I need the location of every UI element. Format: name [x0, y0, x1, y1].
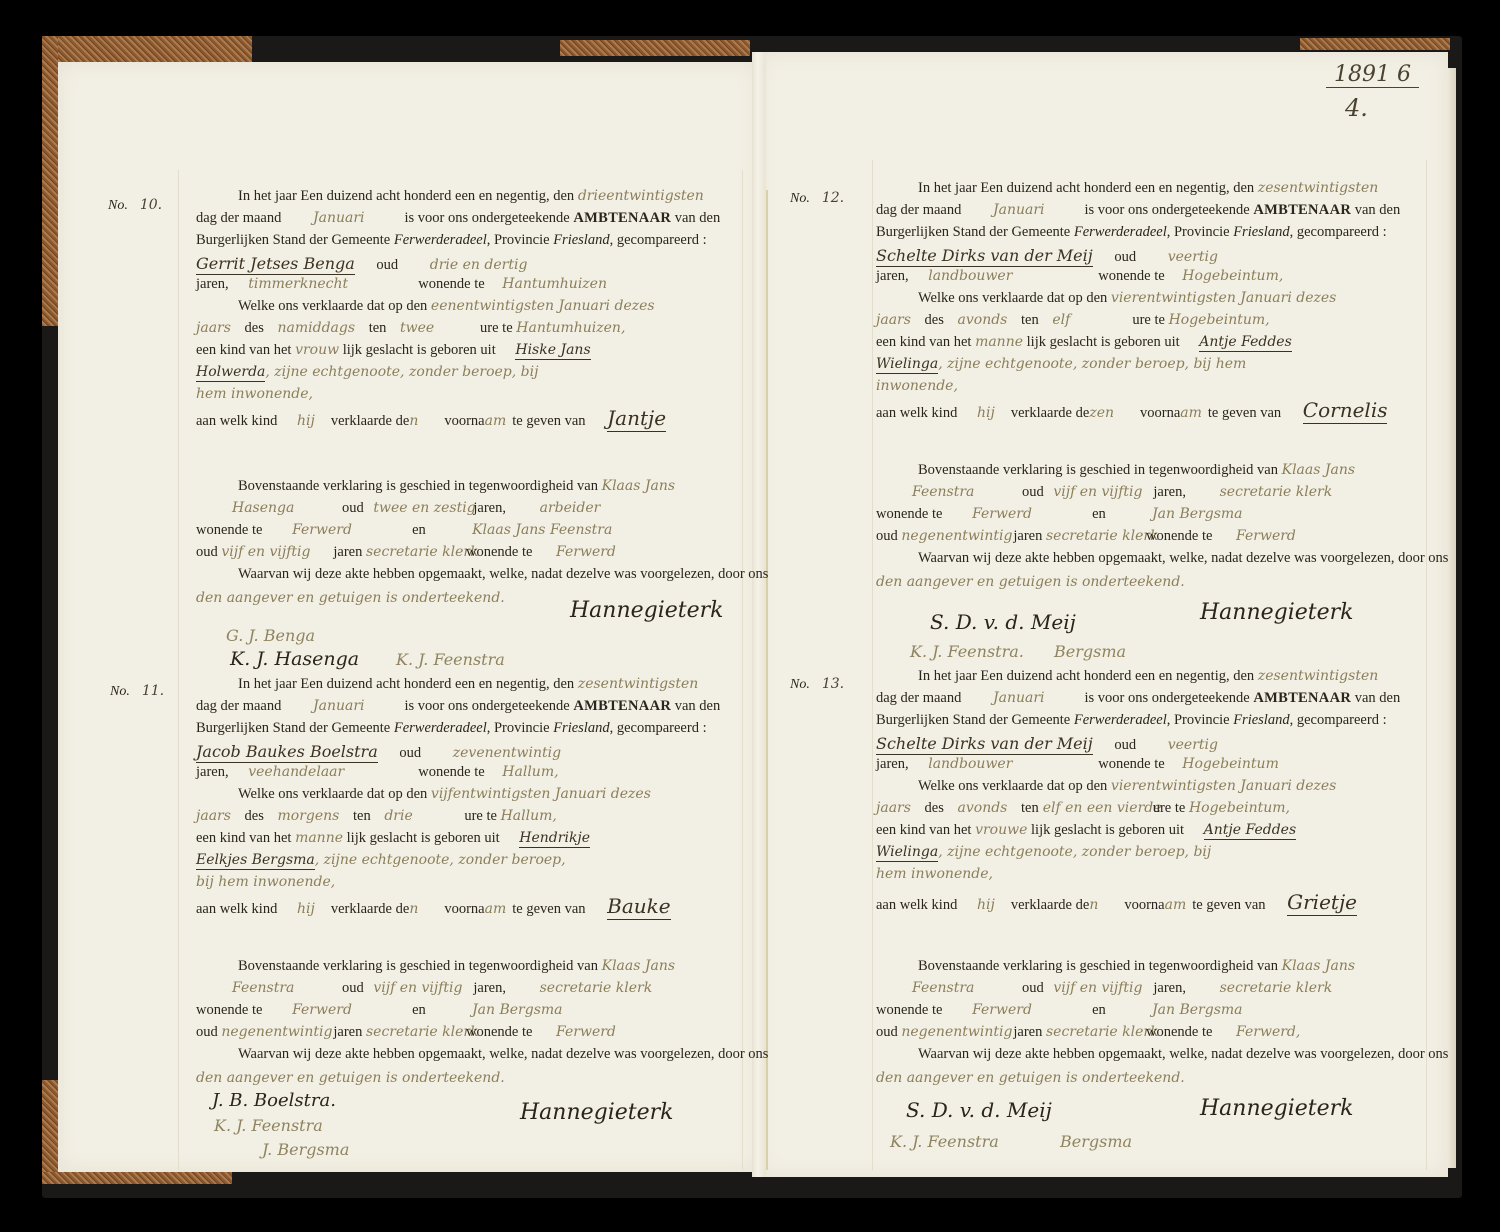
- printed-text: Ferwerderadeel: [394, 232, 487, 248]
- printed-text: van den: [675, 210, 721, 226]
- printed-text: wonende te: [196, 1002, 262, 1018]
- hw-suffix: am: [1165, 897, 1187, 913]
- hw-month: Januari: [993, 202, 1045, 218]
- printed-text: voorna: [444, 413, 484, 429]
- hw-mother-details: , zijne echtgenoote, zonder beroep,: [315, 852, 566, 868]
- printed-text: is voor ons ondergeteekende: [405, 698, 570, 714]
- hw-mother: Antje Feddes: [1204, 822, 1296, 840]
- printed-text: Bovenstaande verklaring is geschied in t…: [238, 958, 598, 974]
- printed-text: van den: [1355, 202, 1401, 218]
- hw-birth-day: vierentwintigsten Januari dezes: [1111, 778, 1336, 794]
- printed-text: verklaarde de: [1011, 897, 1090, 913]
- printed-text: jaren: [333, 1024, 362, 1040]
- printed-text: jaren,: [196, 764, 229, 780]
- printed-text: des: [245, 808, 264, 824]
- printed-text: van den: [675, 698, 721, 714]
- hw-witness2-occupation: secretarie klerk: [1046, 1024, 1146, 1040]
- hw-witness2-residence: Ferwerd,: [1236, 1024, 1300, 1040]
- printed-text: is voor ons ondergeteekende: [1085, 202, 1250, 218]
- printed-text: , gecompareerd :: [1290, 224, 1387, 240]
- hw-daypart: avonds: [958, 800, 1008, 816]
- printed-text: , Provincie: [1167, 224, 1230, 240]
- hw-pronoun: hij: [297, 413, 315, 429]
- hw-mother-details-cont: hem inwonende,: [196, 386, 313, 402]
- witness-section-13: Bovenstaande verklaring is geschied in t…: [876, 958, 1416, 1158]
- birth-record-12: In het jaar Een duizend acht honderd een…: [876, 180, 1416, 450]
- hw-declarant: Gerrit Jetses Benga: [196, 254, 355, 275]
- printed-text: AMBTENAAR: [573, 698, 671, 714]
- hw-mother-surname: Wielinga: [876, 844, 938, 862]
- printed-text: jaren,: [473, 500, 506, 516]
- entry-number: No.13.: [790, 676, 844, 693]
- printed-text: ure te: [464, 808, 497, 824]
- hw-witness1-residence: Ferwerd: [292, 1002, 412, 1018]
- printed-text: ure te: [1153, 800, 1186, 816]
- printed-text: oud: [876, 528, 898, 544]
- hw-witness1: Klaas Jans: [1282, 958, 1355, 974]
- hw-witness2-residence: Ferwerd: [1236, 528, 1296, 544]
- hw-mother-details: , zijne echtgenoote, zonder beroep, bij: [938, 844, 1211, 860]
- hw-declarant: Schelte Dirks van der Meij: [876, 246, 1093, 267]
- printed-text: is voor ons ondergeteekende: [405, 210, 570, 226]
- printed-text: oud: [1114, 249, 1136, 265]
- hw-witness1: Klaas Jans: [602, 478, 675, 494]
- hw-birth-place: Hogebeintum,: [1169, 312, 1270, 328]
- hw-daypart: morgens: [278, 808, 340, 824]
- hw-age: veertig: [1168, 249, 1218, 265]
- printed-text: lijk geslacht is geboren uit: [343, 342, 496, 358]
- hw-residence: Hallum,: [502, 764, 558, 780]
- printed-text: jaren: [1013, 528, 1042, 544]
- signature: K. J. Feenstra: [214, 1116, 323, 1135]
- hw-sex: manne: [975, 334, 1023, 350]
- printed-text: Friesland: [1233, 224, 1289, 240]
- cloth-corner-top-left: [42, 36, 252, 62]
- hw-occupation: landbouwer: [928, 268, 1098, 284]
- printed-intro: In het jaar Een duizend acht honderd een…: [918, 180, 1254, 196]
- printed-text: jaren,: [1153, 980, 1186, 996]
- hw-pronoun: hij: [977, 897, 995, 913]
- printed-text: oud: [342, 980, 364, 996]
- signature: Bergsma: [1054, 642, 1126, 661]
- hw-suffix: am: [485, 901, 507, 917]
- printed-text: oud: [1022, 980, 1044, 996]
- hw-birth-day: eenentwintigsten Januari dezes: [431, 298, 655, 314]
- hw-suffix: am: [485, 413, 507, 429]
- printed-text: wonende te: [418, 276, 484, 292]
- printed-text: wonende te: [876, 506, 942, 522]
- printed-text: voorna: [444, 901, 484, 917]
- hw-day: zesentwintigsten: [1258, 180, 1378, 196]
- hw-mother-details: , zijne echtgenoote, zonder beroep, bij …: [938, 356, 1246, 372]
- printed-text: aan welk kind: [196, 901, 277, 917]
- printed-text: AMBTENAAR: [573, 210, 671, 226]
- printed-text: een kind van het: [196, 830, 291, 846]
- printed-text: aan welk kind: [196, 413, 277, 429]
- hw-daypart: avonds: [958, 312, 1008, 328]
- printed-text: Bovenstaande verklaring is geschied in t…: [918, 958, 1278, 974]
- cloth-edge-left: [42, 36, 58, 326]
- hw-witness2-age: vijf en vijftig: [221, 544, 333, 560]
- hw-age: veertig: [1168, 737, 1218, 753]
- printed-text: oud: [196, 1024, 218, 1040]
- printed-text: voorna: [1140, 405, 1180, 421]
- entry-number-value: 11.: [142, 683, 164, 699]
- hw-witness2-residence: Ferwerd: [556, 544, 616, 560]
- hw-child-name: Grietje: [1287, 890, 1357, 916]
- printed-text: verklaarde de: [331, 901, 410, 917]
- printed-text: des: [925, 800, 944, 816]
- hw-mother-details-cont: bij hem inwonende,: [196, 874, 335, 890]
- printed-text: te geven van: [512, 413, 585, 429]
- hw-residence: Hogebeintum: [1182, 756, 1279, 772]
- printed-text: lijk geslacht is geboren uit: [1027, 334, 1180, 350]
- cloth-corner-bottom-left: [42, 1080, 58, 1180]
- hw-mother-surname: Wielinga: [876, 356, 938, 374]
- hw-birth-day: vijfentwintigsten Januari dezes: [431, 786, 651, 802]
- printed-text: Waarvan wij deze akte hebben opgemaakt, …: [238, 1046, 768, 1062]
- signature: K. J. Feenstra.: [910, 642, 1024, 661]
- printed-text: ten: [1021, 312, 1039, 328]
- hw-birth-day-cont: jaars: [196, 808, 231, 824]
- printed-text: jaren,: [473, 980, 506, 996]
- printed-text: Ferwerderadeel: [394, 720, 487, 736]
- no-label: No.: [110, 684, 130, 699]
- hw-residence: Hogebeintum,: [1182, 268, 1283, 284]
- hw-declarant: Jacob Baukes Boelstra: [196, 742, 378, 763]
- hw-occupation: timmerknecht: [248, 276, 418, 292]
- hw-witness1-surname: Hasenga: [232, 500, 342, 516]
- no-label: No.: [790, 677, 810, 692]
- signature: K. J. Hasenga: [230, 648, 359, 670]
- hw-hour: elf: [1052, 312, 1132, 328]
- hw-daypart: namiddags: [278, 320, 356, 336]
- entry-number: No.11.: [110, 683, 164, 700]
- binding-thread: [766, 190, 768, 1170]
- hw-witness2: Klaas Jans Feenstra: [472, 522, 612, 538]
- hw-birth-day-cont: jaars: [876, 312, 911, 328]
- entry-number-value: 10.: [140, 197, 162, 213]
- hw-age: drie en dertig: [430, 257, 528, 273]
- printed-text: Friesland: [553, 720, 609, 736]
- hw-witness1-surname: Feenstra: [912, 980, 1022, 996]
- printed-text: dag der maand: [196, 698, 281, 714]
- hw-sex: vrouw: [295, 342, 339, 358]
- signature: K. J. Feenstra: [396, 650, 505, 669]
- hw-suffix: zen: [1089, 405, 1114, 421]
- birth-record-11: In het jaar Een duizend acht honderd een…: [196, 676, 736, 946]
- signature-registrar: Hannegieterk: [520, 1100, 674, 1125]
- hw-witness1: Klaas Jans: [602, 958, 675, 974]
- printed-intro: In het jaar Een duizend acht honderd een…: [238, 676, 574, 692]
- hw-witness2: Jan Bergsma: [1152, 506, 1242, 522]
- hw-witness1-occupation: secretarie klerk: [1220, 484, 1333, 500]
- hw-suffix: n: [409, 901, 418, 917]
- printed-text: Welke ons verklaarde dat op den: [238, 786, 427, 802]
- printed-text: Burgerlijken Stand der Gemeente: [876, 712, 1070, 728]
- printed-text: ten: [369, 320, 387, 336]
- hw-sex: manne: [295, 830, 343, 846]
- printed-text: oud: [1114, 737, 1136, 753]
- hw-suffix: n: [409, 413, 418, 429]
- printed-text: Waarvan wij deze akte hebben opgemaakt, …: [918, 550, 1448, 566]
- hw-hour: elf en een vierde: [1043, 800, 1153, 816]
- hw-suffix: n: [1089, 897, 1098, 913]
- printed-text: ure te: [1132, 312, 1165, 328]
- printed-text: des: [245, 320, 264, 336]
- printed-text: een kind van het: [876, 334, 971, 350]
- printed-text: en: [1092, 506, 1152, 523]
- printed-text: AMBTENAAR: [1253, 202, 1351, 218]
- printed-text: en: [412, 522, 472, 539]
- printed-text: en: [412, 1002, 472, 1019]
- hw-child-name: Bauke: [607, 894, 670, 920]
- hw-day: drieentwintigsten: [578, 188, 704, 204]
- hw-month: Januari: [993, 690, 1045, 706]
- signature-registrar: Hannegieterk: [1200, 600, 1354, 625]
- no-label: No.: [790, 191, 810, 206]
- hw-witness1-surname: Feenstra: [912, 484, 1022, 500]
- printed-text: voorna: [1124, 897, 1164, 913]
- hw-mother-surname: Eelkjes Bergsma: [196, 852, 315, 870]
- hw-witness1-residence: Ferwerd: [292, 522, 412, 538]
- hw-mother-details: , zijne echtgenoote, zonder beroep, bij: [265, 364, 538, 380]
- printed-text: een kind van het: [196, 342, 291, 358]
- printed-text: , Provincie: [1167, 712, 1230, 728]
- printed-text: Friesland: [1233, 712, 1289, 728]
- printed-text: lijk geslacht is geboren uit: [1031, 822, 1184, 838]
- printed-text: Welke ons verklaarde dat op den: [918, 290, 1107, 306]
- folio-mark: 1891 6: [1326, 62, 1419, 88]
- hw-pronoun: hij: [977, 405, 995, 421]
- hw-residence: Hantumhuizen: [502, 276, 607, 292]
- birth-record-13: In het jaar Een duizend acht honderd een…: [876, 668, 1416, 938]
- hw-closing: den aangever en getuigen is onderteekend…: [876, 574, 1185, 590]
- hw-birth-place: Hantumhuizen,: [516, 320, 625, 336]
- printed-text: , gecompareerd :: [610, 720, 707, 736]
- printed-text: , gecompareerd :: [1290, 712, 1387, 728]
- entry-number-value: 13.: [822, 676, 844, 692]
- printed-text: van den: [1355, 690, 1401, 706]
- printed-text: wonende te: [466, 1024, 532, 1040]
- hw-witness1-age: twee en zestig: [373, 500, 473, 516]
- hw-witness2-residence: Ferwerd: [556, 1024, 616, 1040]
- printed-text: Bovenstaande verklaring is geschied in t…: [918, 462, 1278, 478]
- cloth-edge-top-right: [1300, 38, 1450, 50]
- printed-text: wonende te: [1146, 528, 1212, 544]
- hw-hour: drie: [384, 808, 464, 824]
- printed-text: Ferwerderadeel: [1074, 712, 1167, 728]
- printed-text: wonende te: [876, 1002, 942, 1018]
- printed-text: wonende te: [1098, 756, 1164, 772]
- hw-witness2-age: negenentwintig: [901, 528, 1013, 544]
- printed-intro: In het jaar Een duizend acht honderd een…: [918, 668, 1254, 684]
- signature: J. B. Boelstra.: [212, 1090, 336, 1111]
- folio-page-number: 4.: [1345, 94, 1368, 122]
- printed-text: is voor ons ondergeteekende: [1085, 690, 1250, 706]
- printed-text: oud: [399, 745, 421, 761]
- hw-witness1-age: vijf en vijftig: [1053, 484, 1153, 500]
- printed-text: Bovenstaande verklaring is geschied in t…: [238, 478, 598, 494]
- hw-hour: twee: [400, 320, 480, 336]
- entry-number-value: 12.: [822, 190, 844, 206]
- printed-text: , Provincie: [487, 232, 550, 248]
- hw-closing: den aangever en getuigen is onderteekend…: [196, 1070, 505, 1086]
- hw-witness2-occupation: secretarie klerk: [1046, 528, 1146, 544]
- hw-witness2-occupation: secretarie klerk: [366, 544, 466, 560]
- hw-month: Januari: [313, 210, 365, 226]
- margin-rule-right-end: [1426, 160, 1427, 1170]
- printed-text: te geven van: [1208, 405, 1281, 421]
- printed-text: verklaarde de: [331, 413, 410, 429]
- margin-rule-left: [178, 170, 179, 1170]
- hw-month: Januari: [313, 698, 365, 714]
- printed-text: Waarvan wij deze akte hebben opgemaakt, …: [238, 566, 768, 582]
- printed-text: Friesland: [553, 232, 609, 248]
- signature: S. D. v. d. Meij: [906, 1098, 1052, 1122]
- printed-text: wonende te: [418, 764, 484, 780]
- hw-birth-place: Hogebeintum,: [1189, 800, 1290, 816]
- printed-text: een kind van het: [876, 822, 971, 838]
- margin-rule-left-end: [742, 170, 743, 1170]
- hw-mother: Antje Feddes: [1199, 334, 1291, 352]
- printed-text: wonende te: [1098, 268, 1164, 284]
- entry-number: No.12.: [790, 190, 844, 207]
- printed-text: , gecompareerd :: [610, 232, 707, 248]
- hw-birth-day-cont: jaars: [876, 800, 911, 816]
- hw-mother: Hendrikje: [519, 830, 590, 848]
- margin-rule-right: [872, 160, 873, 1170]
- printed-text: verklaarde de: [1011, 405, 1090, 421]
- page-edges: [1448, 68, 1456, 1168]
- hw-witness1-occupation: secretarie klerk: [540, 980, 653, 996]
- signature-registrar: Hannegieterk: [570, 598, 724, 623]
- hw-witness1-surname: Feenstra: [232, 980, 342, 996]
- printed-text: oud: [1022, 484, 1044, 500]
- hw-suffix: am: [1180, 405, 1202, 421]
- printed-text: Ferwerderadeel: [1074, 224, 1167, 240]
- hw-witness2: Jan Bergsma: [1152, 1002, 1242, 1018]
- signature: S. D. v. d. Meij: [930, 610, 1076, 634]
- hw-witness2-age: negenentwintig: [901, 1024, 1013, 1040]
- hw-occupation: veehandelaar: [248, 764, 418, 780]
- hw-sex: vrouwe: [975, 822, 1027, 838]
- printed-text: wonende te: [466, 544, 532, 560]
- hw-witness1-age: vijf en vijftig: [1053, 980, 1153, 996]
- hw-witness1-occupation: arbeider: [540, 500, 601, 516]
- printed-text: Burgerlijken Stand der Gemeente: [876, 224, 1070, 240]
- hw-child-name: Cornelis: [1303, 398, 1388, 424]
- printed-text: Burgerlijken Stand der Gemeente: [196, 720, 390, 736]
- printed-text: jaren: [333, 544, 362, 560]
- hw-child-name: Jantje: [607, 406, 666, 432]
- hw-closing: den aangever en getuigen is onderteekend…: [196, 590, 505, 606]
- printed-text: oud: [876, 1024, 898, 1040]
- book-gutter: [752, 52, 766, 1177]
- printed-text: dag der maand: [196, 210, 281, 226]
- printed-text: jaren,: [876, 756, 909, 772]
- printed-text: te geven van: [512, 901, 585, 917]
- hw-witness1-residence: Ferwerd: [972, 506, 1092, 522]
- hw-witness2-age: negenentwintig: [221, 1024, 333, 1040]
- hw-witness2: Jan Bergsma: [472, 1002, 562, 1018]
- printed-text: wonende te: [196, 522, 262, 538]
- printed-text: dag der maand: [876, 202, 961, 218]
- printed-text: ten: [1021, 800, 1039, 816]
- hw-witness1-age: vijf en vijftig: [373, 980, 473, 996]
- printed-text: te geven van: [1192, 897, 1265, 913]
- printed-text: wonende te: [1146, 1024, 1212, 1040]
- hw-mother: Hiske Jans: [515, 342, 590, 360]
- hw-declarant: Schelte Dirks van der Meij: [876, 734, 1093, 755]
- cloth-edge-bottom-left: [42, 1172, 232, 1184]
- printed-text: en: [1092, 1002, 1152, 1019]
- printed-intro: In het jaar Een duizend acht honderd een…: [238, 188, 574, 204]
- printed-text: ure te: [480, 320, 513, 336]
- birth-record-10: In het jaar Een duizend acht honderd een…: [196, 188, 736, 458]
- printed-text: oud: [196, 544, 218, 560]
- hw-closing: den aangever en getuigen is onderteekend…: [876, 1070, 1185, 1086]
- printed-text: Welke ons verklaarde dat op den: [238, 298, 427, 314]
- printed-text: aan welk kind: [876, 897, 957, 913]
- printed-text: , Provincie: [487, 720, 550, 736]
- hw-day: zesentwintigsten: [578, 676, 698, 692]
- printed-text: jaren,: [876, 268, 909, 284]
- hw-witness2-occupation: secretarie klerk: [366, 1024, 466, 1040]
- hw-mother-details-cont: hem inwonende,: [876, 866, 993, 882]
- printed-text: ten: [353, 808, 371, 824]
- printed-text: lijk geslacht is geboren uit: [347, 830, 500, 846]
- hw-birth-place: Hallum,: [501, 808, 557, 824]
- signature: K. J. Feenstra: [890, 1132, 999, 1151]
- hw-birth-day: vierentwintigsten Januari dezes: [1111, 290, 1336, 306]
- printed-text: AMBTENAAR: [1253, 690, 1351, 706]
- printed-text: oud: [376, 257, 398, 273]
- entry-number: No.10.: [108, 197, 162, 214]
- signature: Bergsma: [1060, 1132, 1132, 1151]
- printed-text: Welke ons verklaarde dat op den: [918, 778, 1107, 794]
- printed-text: Burgerlijken Stand der Gemeente: [196, 232, 390, 248]
- hw-pronoun: hij: [297, 901, 315, 917]
- printed-text: dag der maand: [876, 690, 961, 706]
- no-label: No.: [108, 198, 128, 213]
- printed-text: des: [925, 312, 944, 328]
- hw-age: zevenentwintig: [453, 745, 561, 761]
- signature: J. Bergsma: [262, 1140, 349, 1159]
- hw-mother-details-cont: inwonende,: [876, 378, 958, 394]
- printed-text: Waarvan wij deze akte hebben opgemaakt, …: [918, 1046, 1448, 1062]
- hw-occupation: landbouwer: [928, 756, 1098, 772]
- printed-text: oud: [342, 500, 364, 516]
- printed-text: jaren,: [1153, 484, 1186, 500]
- hw-day: zesentwintigsten: [1258, 668, 1378, 684]
- hw-witness1-residence: Ferwerd: [972, 1002, 1092, 1018]
- signature-registrar: Hannegieterk: [1200, 1096, 1354, 1121]
- printed-text: jaren,: [196, 276, 229, 292]
- hw-mother-surname: Holwerda: [196, 364, 265, 382]
- hw-witness1-occupation: secretarie klerk: [1220, 980, 1333, 996]
- hw-witness1: Klaas Jans: [1282, 462, 1355, 478]
- printed-text: jaren: [1013, 1024, 1042, 1040]
- signature: G. J. Benga: [226, 626, 315, 645]
- hw-birth-day-cont: jaars: [196, 320, 231, 336]
- cloth-edge-top-middle: [560, 40, 750, 56]
- printed-text: aan welk kind: [876, 405, 957, 421]
